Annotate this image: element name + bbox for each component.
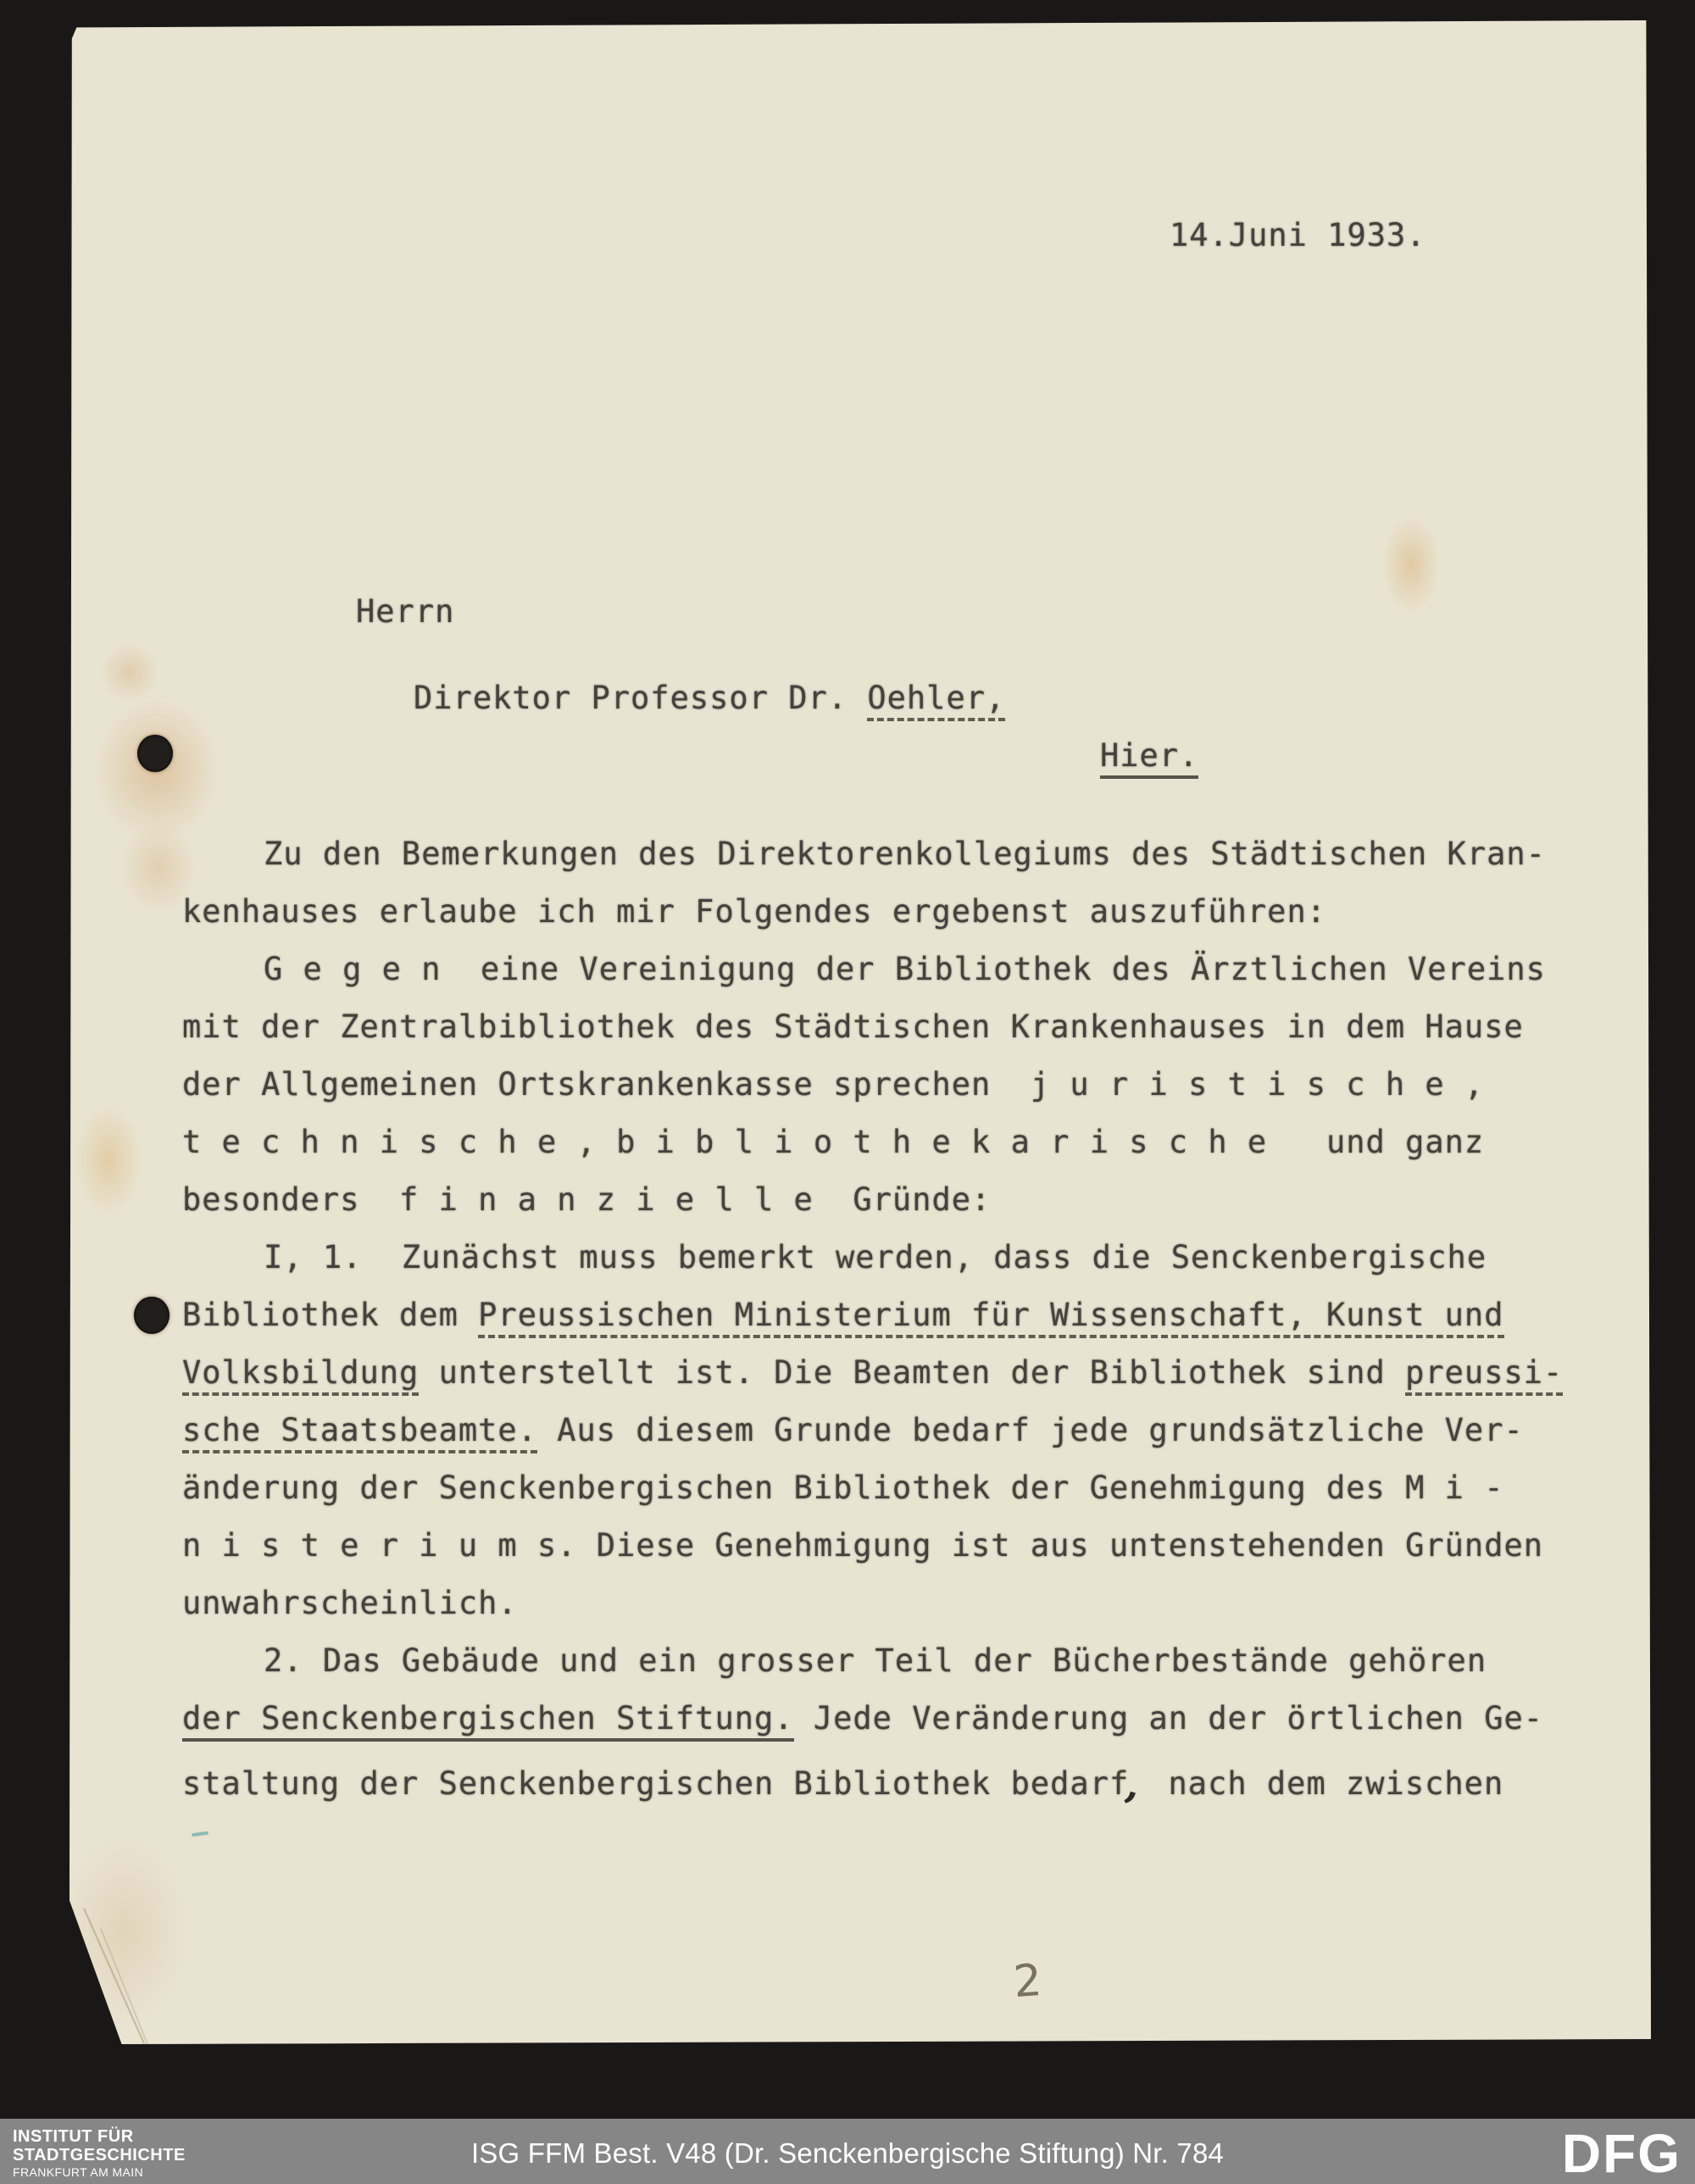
- body-line: n i s t e r i u m s. Diese Genehmigung i…: [182, 1527, 1606, 1585]
- recipient-location: Hier.: [1100, 737, 1198, 774]
- body-line: besonders f i n a n z i e l l e Gründe:: [182, 1181, 1606, 1239]
- body-line: mit der Zentralbibliothek des Städtische…: [182, 1009, 1606, 1066]
- body-line: sche Staatsbeamte. Aus diesem Grunde bed…: [182, 1412, 1606, 1470]
- body-line: unwahrscheinlich.: [182, 1585, 1606, 1642]
- recipient-name-line: Direktor Professor Dr. Oehler,: [414, 680, 1005, 716]
- body-line: kenhauses erlaube ich mir Folgendes erge…: [182, 893, 1606, 951]
- footer-bar: INSTITUT FÜR STADTGESCHICHTE FRANKFURT A…: [0, 2119, 1695, 2184]
- archive-reference: ISG FFM Best. V48 (Dr. Senckenbergische …: [0, 2137, 1695, 2170]
- dfg-logo: DFG: [1562, 2122, 1681, 2184]
- ink-speck: [192, 1831, 208, 1837]
- fold-crease: [83, 1908, 145, 2044]
- hole-punch-top: [137, 735, 173, 772]
- body-line: änderung der Senckenbergischen Bibliothe…: [182, 1470, 1606, 1527]
- body-line: staltung der Senckenbergischen Bibliothe…: [182, 1758, 1606, 1815]
- fold-crease: [100, 1928, 149, 2047]
- letter-paper: 14.Juni 1933. Herrn Direktor Professor D…: [69, 20, 1651, 2044]
- hole-punch-bottom: [134, 1297, 169, 1334]
- paper-stain: [75, 1105, 142, 1215]
- paper-stain: [100, 643, 159, 703]
- recipient-title: Direktor Professor Dr.: [414, 680, 867, 716]
- body-line: Bibliothek dem Preussischen Ministerium …: [182, 1297, 1606, 1354]
- recipient-name-underlined: Oehler,: [867, 680, 1005, 721]
- body-line: der Allgemeinen Ortskrankenkasse spreche…: [182, 1066, 1606, 1124]
- letter-body: Zu den Bemerkungen des Direktorenkollegi…: [182, 836, 1606, 1815]
- document-scan: 14.Juni 1933. Herrn Direktor Professor D…: [0, 0, 1695, 2184]
- body-line: G e g e n eine Vereinigung der Bibliothe…: [182, 951, 1606, 1009]
- body-line: Zu den Bemerkungen des Direktorenkollegi…: [182, 836, 1606, 893]
- recipient-salutation: Herrn: [356, 593, 454, 630]
- body-line: der Senckenbergischen Stiftung. Jede Ver…: [182, 1700, 1606, 1758]
- body-line: I, 1. Zunächst muss bemerkt werden, dass…: [182, 1239, 1606, 1297]
- body-line: 2. Das Gebäude und ein grosser Teil der …: [182, 1642, 1606, 1700]
- body-line: t e c h n i s c h e , b i b l i o t h e …: [182, 1124, 1606, 1181]
- paper-stain: [1381, 516, 1441, 614]
- letter-date: 14.Juni 1933.: [1170, 217, 1426, 253]
- body-line: Volksbildung unterstellt ist. Die Beamte…: [182, 1354, 1606, 1412]
- handwritten-page-number: 2: [1012, 1955, 1043, 2008]
